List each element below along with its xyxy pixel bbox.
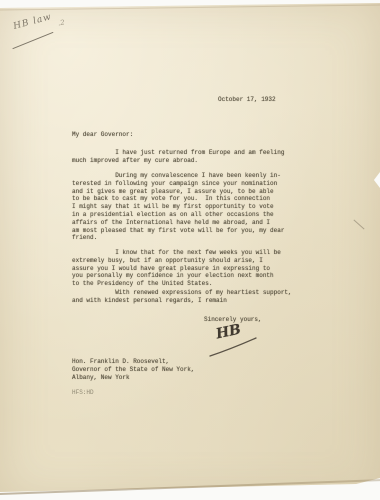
body-paragraph: I know that for the next few weeks you w… [72,249,281,288]
typist-initials: HFS:HD [72,389,94,397]
body-paragraph: During my convalescence I have been keen… [72,172,284,242]
body-paragraph: I have just returned from Europe and am … [72,149,284,165]
pencil-mark: .2 [57,19,65,28]
salutation: My dear Governor: [72,131,133,139]
recipient-block: Hon. Franklin D. Roosevelt, Governor of … [72,358,194,381]
date-line: October 17, 1932 [218,96,276,104]
body-paragraph: With renewed expressions of my heartiest… [72,289,292,305]
scanned-letter: HB law .2 October 17, 1932 My dear Gover… [0,0,380,500]
signature: HB [206,323,258,359]
